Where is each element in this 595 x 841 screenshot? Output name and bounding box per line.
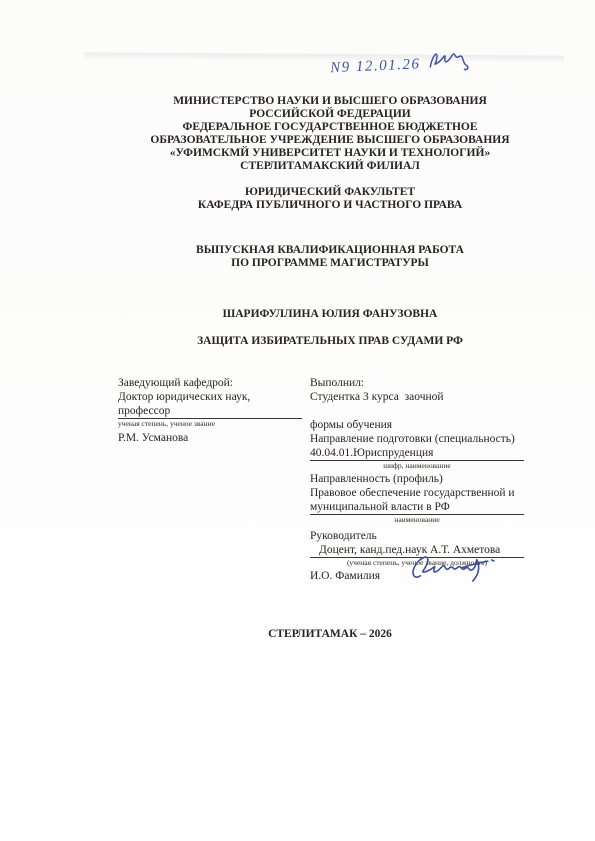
department-head-column: Заведующий кафедрой: Доктор юридических … <box>118 376 302 445</box>
profile-caption: наименование <box>310 515 524 524</box>
branch-name: СТЕРЛИТАМАКСКИЙ ФИЛИАЛ <box>100 160 560 173</box>
author-name: ШАРИФУЛЛИНА ЮЛИЯ ФАНУЗОВНА <box>100 308 560 321</box>
ministry-line-2: РОССИЙСКОЙ ФЕДЕРАЦИИ <box>100 108 560 121</box>
head-label: Заведующий кафедрой: <box>118 376 302 390</box>
faculty-block: ЮРИДИЧЕСКИЙ ФАКУЛЬТЕТ КАФЕДРА ПУБЛИЧНОГО… <box>100 186 560 212</box>
work-type-line-1: ВЫПУСКНАЯ КВАЛИФИКАЦИОННАЯ РАБОТА <box>100 244 560 257</box>
head-caption: ученая степень, ученое звание <box>118 419 302 428</box>
scanned-title-page: N9 12.01.26 МИНИСТЕРСТВО НАУКИ И ВЫСШЕГО… <box>0 0 595 841</box>
profile-label: Направленность (профиль) <box>310 472 524 486</box>
work-title: ЗАЩИТА ИЗБИРАТЕЛЬНЫХ ПРАВ СУДАМИ РФ <box>100 335 560 348</box>
direction-value: 40.04.01.Юриспруденция <box>310 446 524 461</box>
profile-value-line-1: Правовое обеспечение государственной и <box>310 486 524 500</box>
student-line: Студентка 3 курса заочной <box>310 390 524 404</box>
city-year-line: СТЕРЛИТАМАК – 2026 <box>100 624 560 642</box>
direction-label: Направление подготовки (специальность) <box>310 432 524 446</box>
department-name: КАФЕДРА ПУБЛИЧНОГО И ЧАСТНОГО ПРАВА <box>100 199 560 212</box>
university-name: «УФИМСКМЙ УНИВЕРСИТЕТ НАУКИ И ТЕХНОЛОГИЙ… <box>100 147 560 160</box>
supervisor-signature-icon <box>405 542 503 591</box>
study-form-line: формы обучения <box>310 418 524 432</box>
work-type-line-2: ПО ПРОГРАММЕ МАГИСТРАТУРЫ <box>100 257 560 270</box>
head-name: Р.М. Усманова <box>118 431 302 445</box>
annotation-signature-icon <box>426 45 479 73</box>
spacer <box>310 404 524 418</box>
ministry-line-3: ФЕДЕРАЛЬНОЕ ГОСУДАРСТВЕННОЕ БЮДЖЕТНОЕ <box>100 121 560 134</box>
ministry-header: МИНИСТЕРСТВО НАУКИ И ВЫСШЕГО ОБРАЗОВАНИЯ… <box>100 95 560 173</box>
ministry-line-1: МИНИСТЕРСТВО НАУКИ И ВЫСШЕГО ОБРАЗОВАНИЯ <box>100 95 560 108</box>
head-degree-line-2: профессор <box>118 404 302 419</box>
profile-value-line-2: муниципальной власти в РФ <box>310 500 524 515</box>
ministry-line-4: ОБРАЗОВАТЕЛЬНОЕ УЧРЕЖДЕНИЕ ВЫСШЕГО ОБРАЗ… <box>100 134 560 147</box>
work-type-block: ВЫПУСКНАЯ КВАЛИФИКАЦИОННАЯ РАБОТА ПО ПРО… <box>100 244 560 270</box>
head-degree-line-1: Доктор юридических наук, <box>118 390 302 404</box>
faculty-name: ЮРИДИЧЕСКИЙ ФАКУЛЬТЕТ <box>100 186 560 199</box>
performed-label: Выполнил: <box>310 376 524 390</box>
direction-caption: шифр, наименование <box>310 461 524 470</box>
supervisor-label: Руководитель <box>310 529 524 543</box>
